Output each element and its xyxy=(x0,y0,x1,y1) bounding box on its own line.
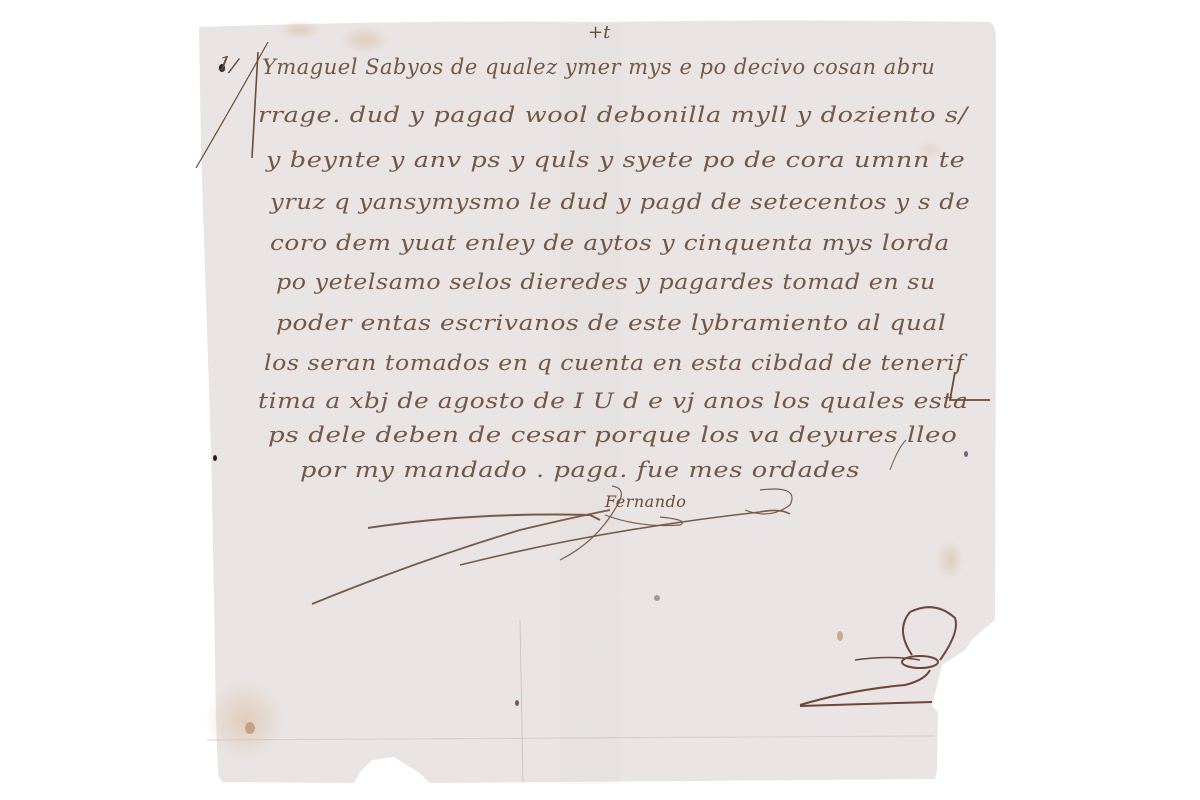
manuscript-line-8: los seran tomados en q cuenta en esta ci… xyxy=(264,353,964,374)
manuscript-line-6: po yetelsamo selos dieredes y pagardes t… xyxy=(276,272,936,293)
manuscript-line-10: ps dele deben de cesar porque los va dey… xyxy=(268,425,957,446)
manuscript-line-3: y beynte y anv ps y quls y syete po de c… xyxy=(266,150,965,171)
manuscript-line-5: coro dem yuat enley de aytos y cinquenta… xyxy=(270,233,950,254)
signature: Fernando xyxy=(605,492,686,511)
manuscript-line-9: tima a xbj de agosto de I U d e vj anos … xyxy=(258,391,968,412)
manuscript-photo: +t 1/ Ymaguel Sabyos de qualez ymer mys … xyxy=(0,0,1200,800)
manuscript-line-7: poder entas escrivanos de este lybramien… xyxy=(276,313,946,334)
manuscript-line-2: rrage. dud y pagad wool debonilla myll y… xyxy=(258,105,968,126)
manuscript-line-11: por my mandado . paga. fue mes ordades xyxy=(300,460,860,481)
folio-mark: +t xyxy=(588,22,610,43)
manuscript-line-4: yruz q yansymysmo le dud y pagd de setec… xyxy=(270,192,970,213)
margin-mark: 1/ xyxy=(216,50,239,77)
manuscript-line-1: Ymaguel Sabyos de qualez ymer mys e po d… xyxy=(262,57,992,78)
